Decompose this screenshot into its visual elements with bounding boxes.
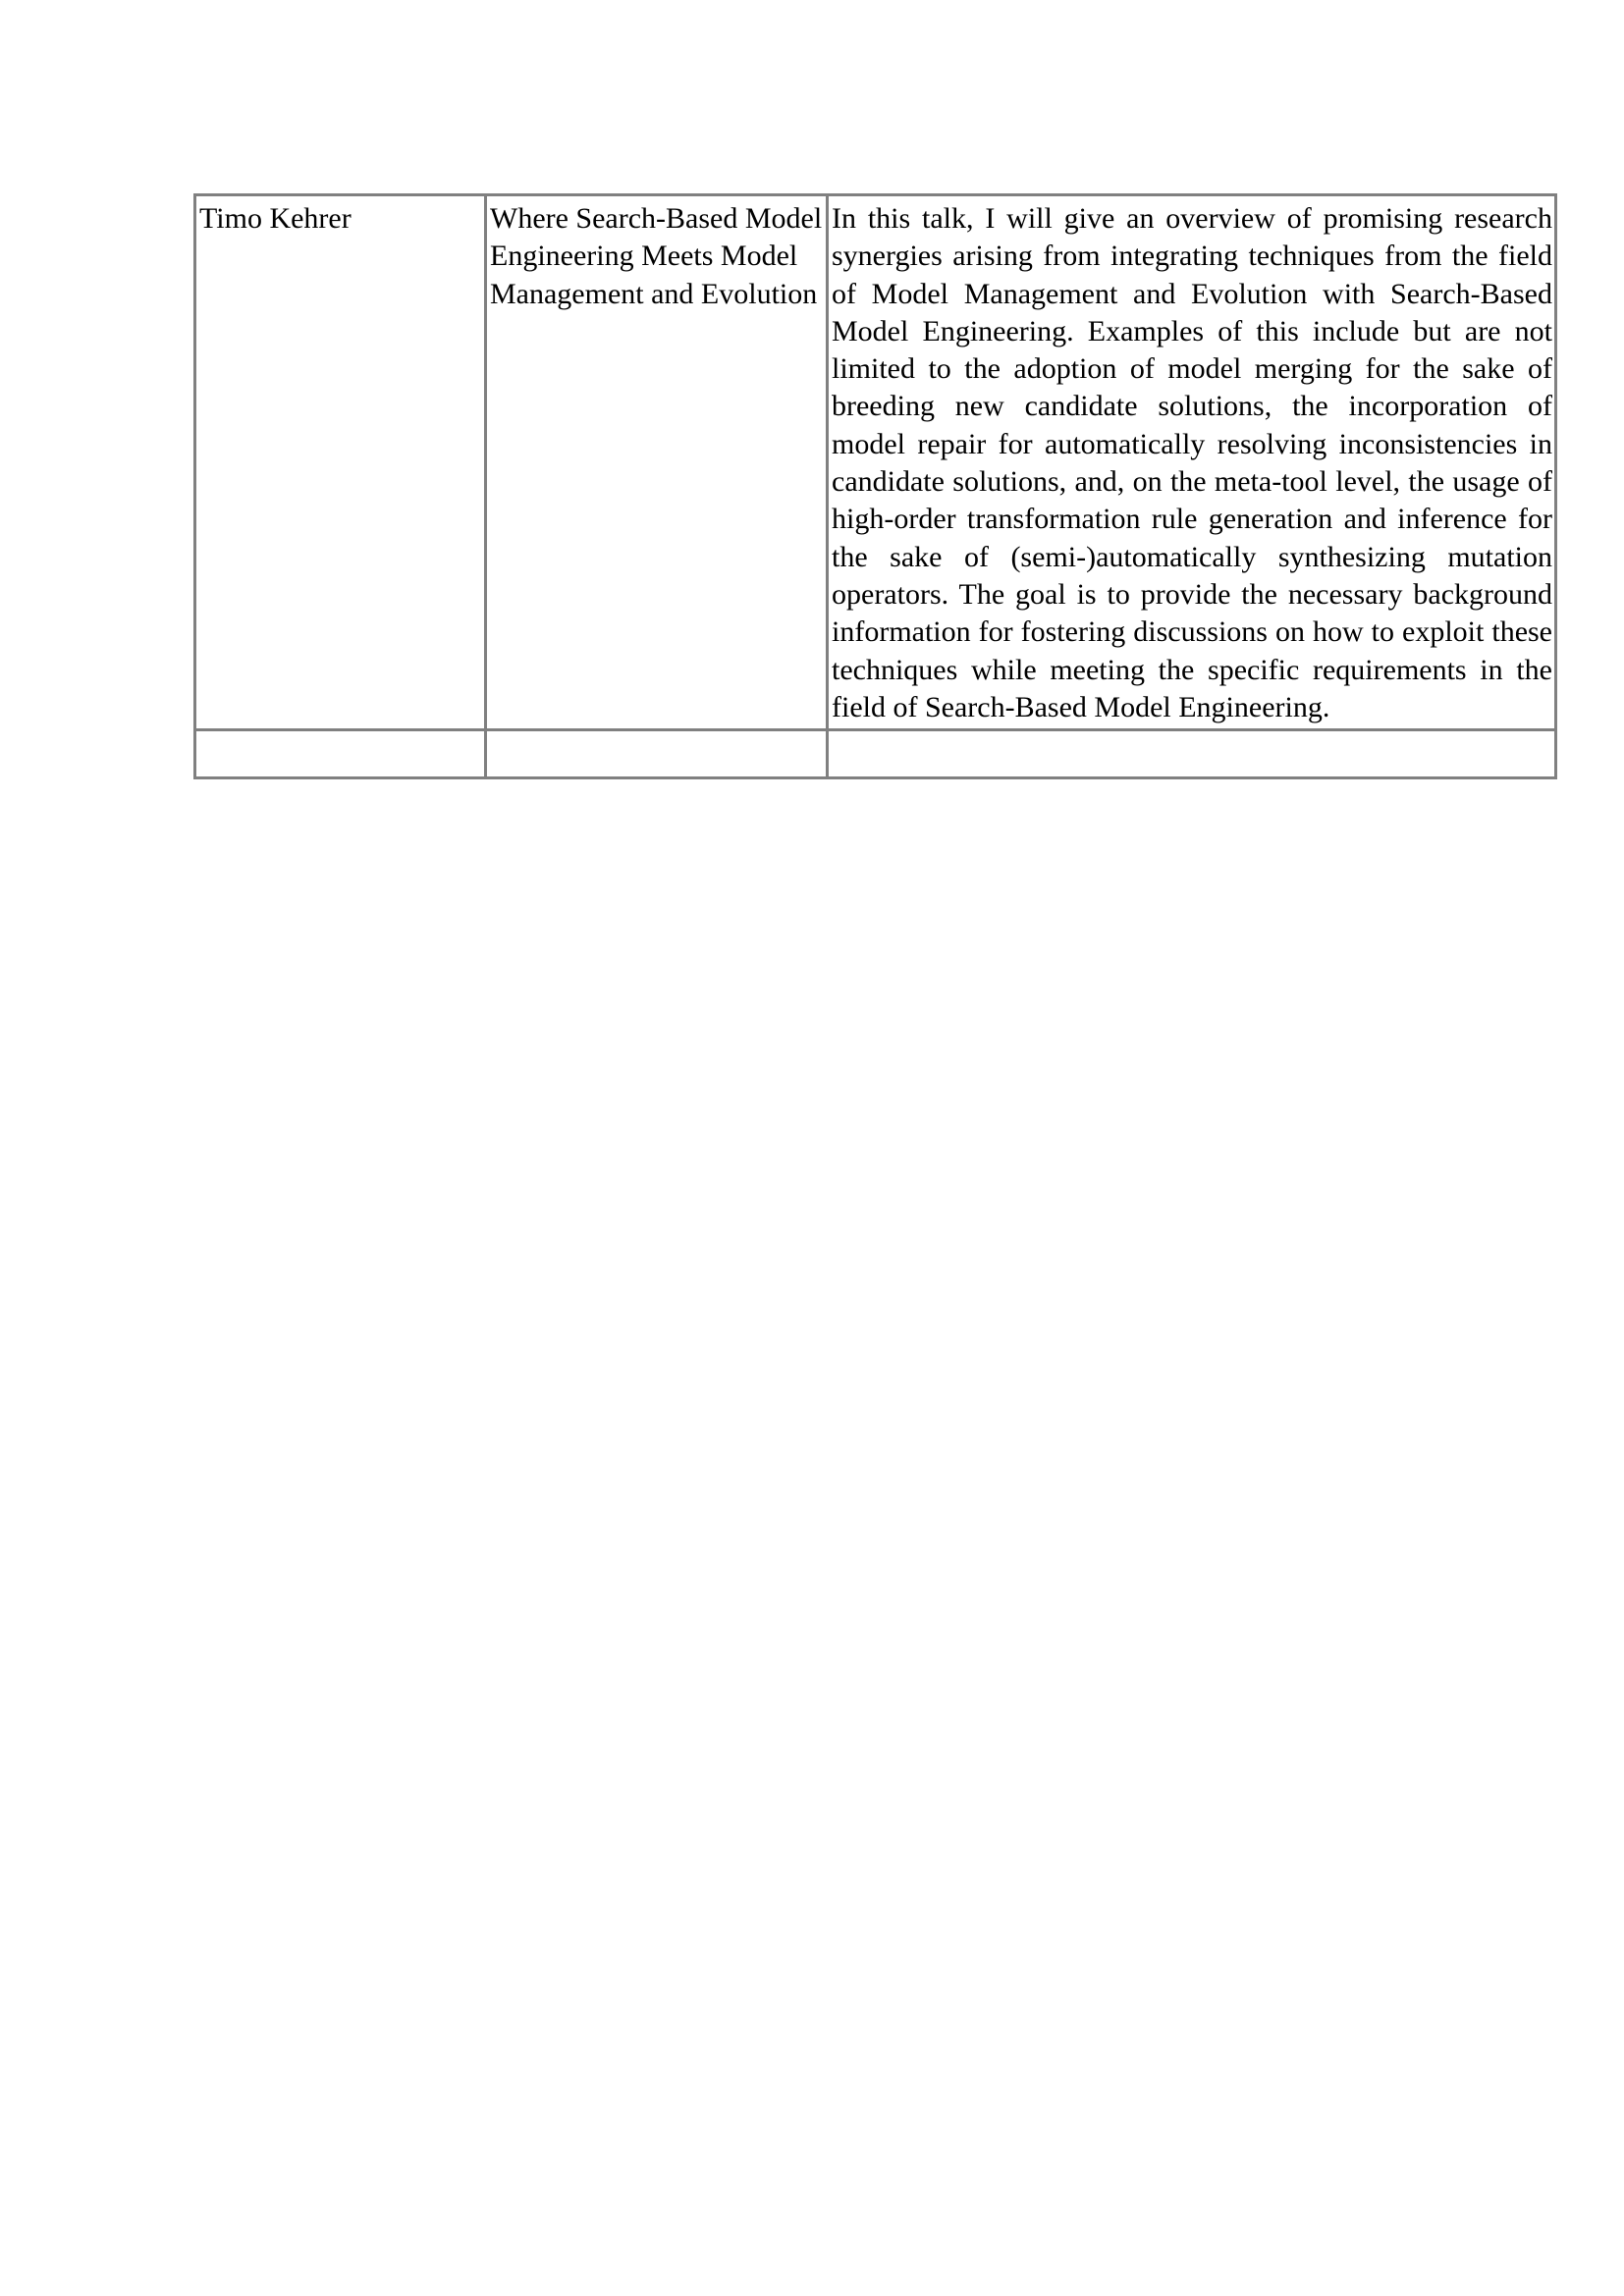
table-row — [195, 730, 1556, 778]
abstract-cell — [828, 730, 1556, 778]
speaker-cell: Timo Kehrer — [195, 195, 486, 730]
speaker-cell — [195, 730, 486, 778]
talk-title-cell: Where Search-Based Model Engineering Mee… — [486, 195, 828, 730]
abstract-cell: In this talk, I will give an overview of… — [828, 195, 1556, 730]
talks-table: Timo Kehrer Where Search-Based Model Eng… — [193, 193, 1557, 779]
document-page: Timo Kehrer Where Search-Based Model Eng… — [0, 0, 1624, 2296]
table-row: Timo Kehrer Where Search-Based Model Eng… — [195, 195, 1556, 730]
talk-title-cell — [486, 730, 828, 778]
